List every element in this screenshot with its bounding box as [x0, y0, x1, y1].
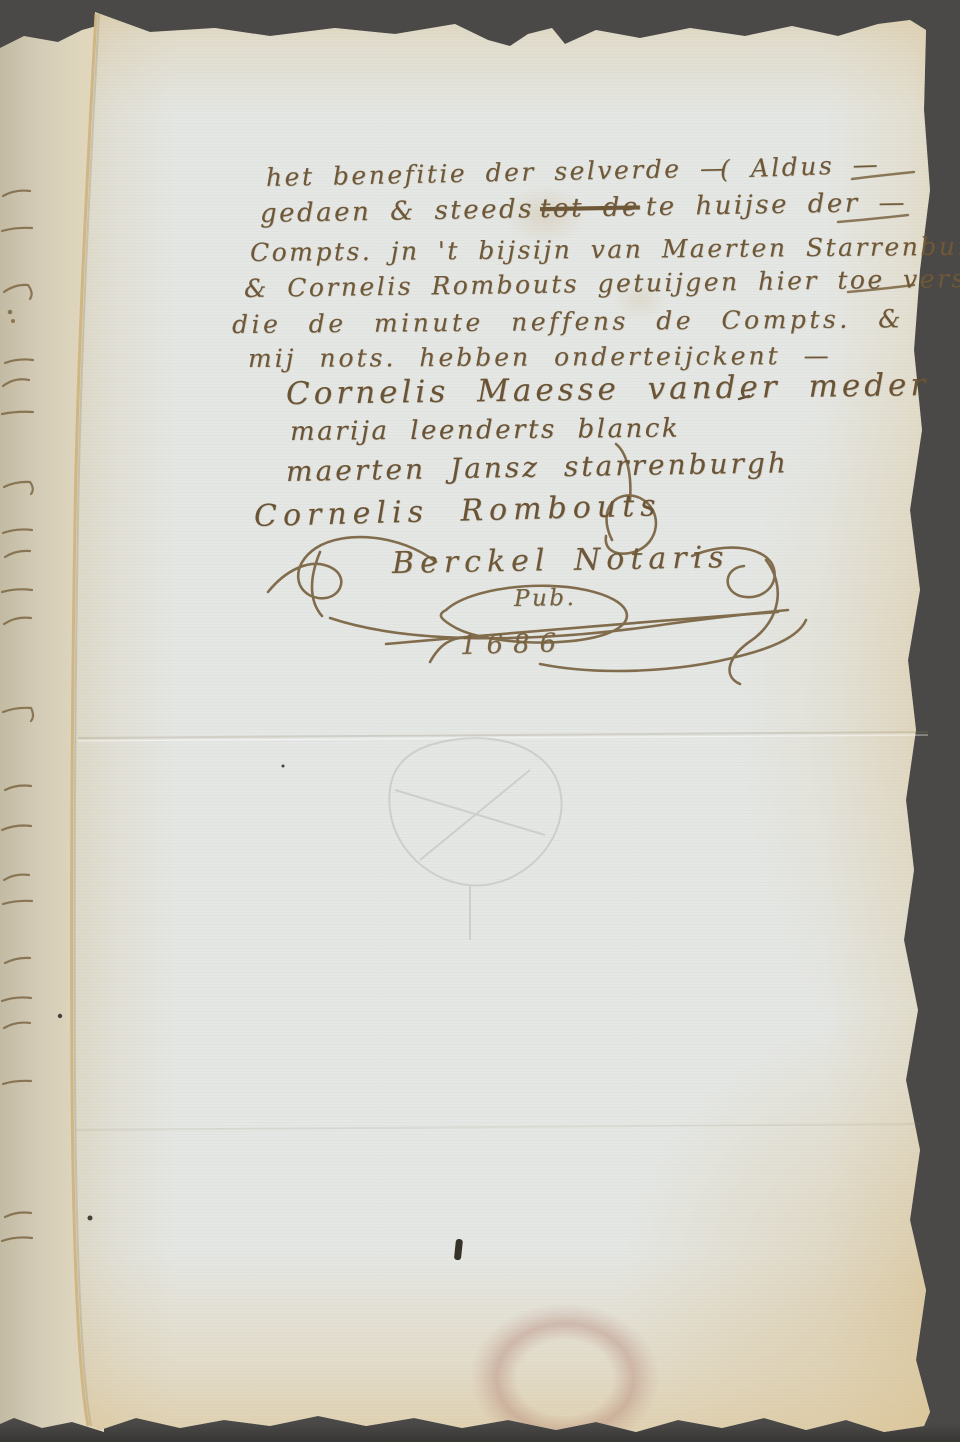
notary-signature: Berckel Notaris: [392, 540, 730, 581]
closing-line-aldus: ( Aldus —: [719, 149, 880, 184]
handwritten-text-layer: het benefitie der selverde — ( Aldus — g…: [0, 0, 960, 1442]
closing-line-2-post: te huijse der —: [646, 188, 908, 223]
signature-cornelis-maesse: Cornelis Maesse vander meder: [286, 367, 930, 412]
signature-cornelis-rombouts: Cornelis Rombouts: [254, 488, 662, 534]
signature-marija-leenderts: marija leenderts blanck: [290, 414, 680, 447]
closing-line-6: mij nots. hebben onderteijckent —: [248, 341, 832, 373]
notary-title-abbrev: Pub.: [514, 585, 577, 612]
closing-line-2: gedaen & steedstot dete huijse der —: [260, 188, 908, 229]
struck-word: tot de: [540, 192, 640, 224]
closing-line-5: die de minute neffens de Compts. &: [232, 304, 904, 339]
closing-line-1: het benefitie der selverde —: [266, 153, 728, 192]
notary-year: 1686: [460, 628, 567, 661]
signature-maerten-jansz: maerten Jansz starrenburgh: [286, 446, 789, 488]
closing-line-2-pre: gedaen & steeds: [260, 194, 535, 229]
closing-line-4: & Cornelis Rombouts getuijgen hier toe v…: [244, 263, 960, 303]
closing-line-3: Compts. jn 't bijsijn van Maerten Starre…: [250, 231, 960, 267]
archival-scan: het benefitie der selverde — ( Aldus — g…: [0, 0, 960, 1442]
